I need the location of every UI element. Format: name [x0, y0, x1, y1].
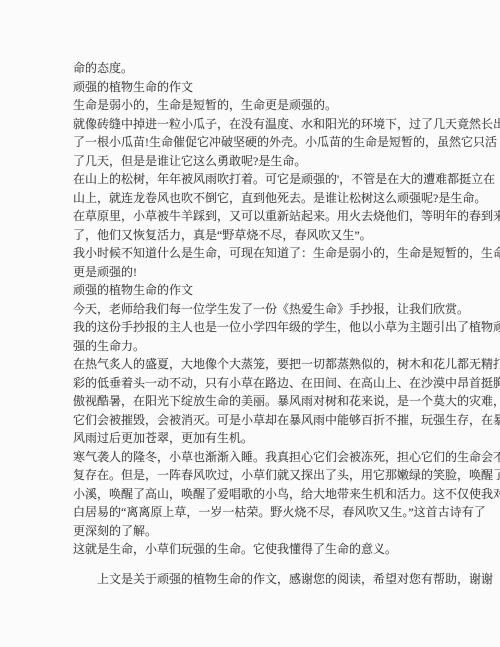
essay-line: 彩的低垂着头一动不动，只有小草在路边、在田间、在高山上、在沙漠中昂首挺胸: [73, 374, 437, 393]
essay-body: 命的态度。顽强的植物生命的作文生命是弱小的，生命是短暂的，生命更是顽强的。就像砖…: [73, 59, 437, 588]
essay-line: 它们会被摧毁，会被消灭。可是小草却在暴风雨中能够百折不摧，玩强生存，在暴: [73, 411, 437, 430]
essay-line: 了，他们又恢复活力，真是“野草烧不尽，春风吹又生”。: [73, 226, 437, 245]
essay-line: 了几天，但是是谁让它这么勇敢呢?是生命。: [73, 152, 437, 171]
essay-line: 更深刻的了解。: [73, 522, 437, 541]
essay-line: 这就是生命，小草们玩强的生命。它使我懂得了生命的意义。: [73, 540, 437, 559]
essay-line: 寒气袭人的隆冬，小草也渐渐入睡。我真担心它们会被冻死，担心它们的生命会不: [73, 448, 437, 467]
essay-line: 了一根小瓜苗!生命催促它冲破坚硬的外壳。小瓜苗的生命是短暂的，虽然它只活: [73, 133, 437, 152]
essay-line: 今天，老师给我们每一位学生发了一份《热爱生命》手抄报，让我们欣赏。: [73, 300, 437, 319]
essay-line: 山上，就连龙卷风也吹不倒它，直到他死去。是谁让松树这么顽强呢?是生命。: [73, 189, 437, 208]
essay-line: 就像砖缝中掉进一粒小瓜子，在没有温度、水和阳光的环境下，过了几天竟然长出: [73, 115, 437, 134]
essay-line: 在热气炙人的盛夏，大地像个大蒸笼，要把一切都蒸熟似的，树木和花儿都无精打: [73, 355, 437, 374]
essay-line: 复存在。但是，一阵春风吹过，小草们就又探出了头，用它那嫩绿的笑脸，唤醒了: [73, 466, 437, 485]
essay-line: 生命是弱小的，生命是短暂的，生命更是顽强的。: [73, 96, 437, 115]
document-page: 命的态度。顽强的植物生命的作文生命是弱小的，生命是短暂的，生命更是顽强的。就像砖…: [0, 0, 500, 647]
essay-line: 傲视酷暑，在阳光下绽放生命的美丽。暴风雨对树和花来说，是一个莫大的灾难，: [73, 392, 437, 411]
essay-line: 更是顽强的!: [73, 263, 437, 282]
essay-line: 我小时候不知道什么是生命，可现在知道了：生命是弱小的，生命是短暂的，生命: [73, 244, 437, 263]
essay-line: 风雨过后更加苍翠，更加有生机。: [73, 429, 437, 448]
essay-line: 强的生命力。: [73, 337, 437, 356]
essay-line: 在山上的松树，年年被风雨吹打着。可它是顽强的'，不管是在大的遭难都挺立在: [73, 170, 437, 189]
essay-lines: 命的态度。顽强的植物生命的作文生命是弱小的，生命是短暂的，生命更是顽强的。就像砖…: [73, 59, 437, 559]
essay-line: 白居易的“离离原上草，一岁一枯荣。野火烧不尽，春风吹又生。”这首古诗有了: [73, 503, 437, 522]
essay-line: 在草原里，小草被牛羊踩到，又可以重新站起来。用火去烧他们，等明年的春到来: [73, 207, 437, 226]
essay-line: 顽强的植物生命的作文: [73, 281, 437, 300]
closing-line: 上文是关于顽强的植物生命的作文，感谢您的阅读，希望对您有帮助，谢谢: [73, 570, 437, 589]
essay-line: 顽强的植物生命的作文: [73, 78, 437, 97]
essay-line: 命的态度。: [73, 59, 437, 78]
essay-line: 我的这份手抄报的主人也是一位小学四年级的学生，他以小草为主题引出了植物顽: [73, 318, 437, 337]
essay-line: 小溪，唤醒了高山，唤醒了爱唱歌的小鸟，给大地带来生机和活力。这不仅使我对: [73, 485, 437, 504]
